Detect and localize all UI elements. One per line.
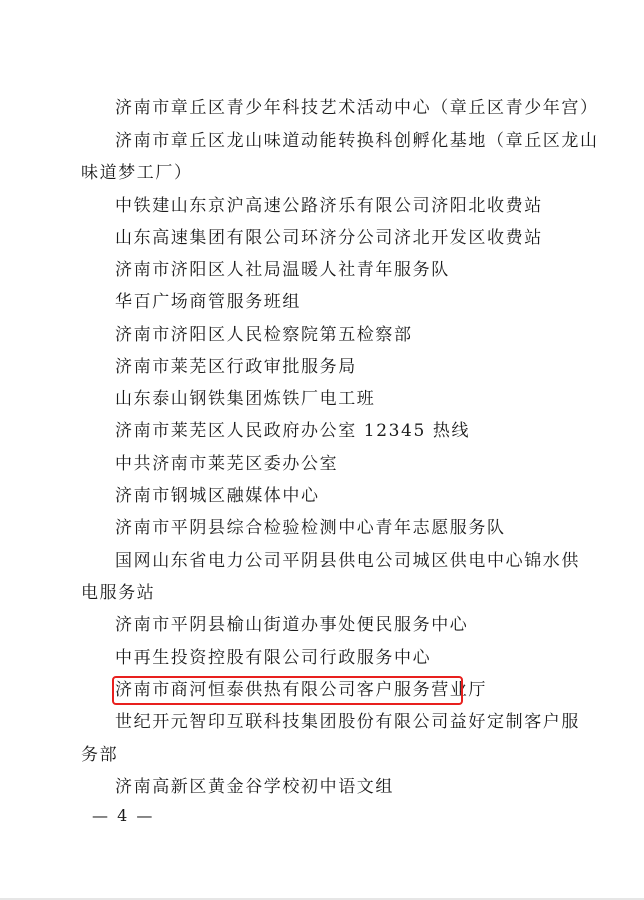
- entry-line: 济南市章丘区龙山味道动能转换科创孵化基地（章丘区龙山: [115, 131, 599, 151]
- entry-line-continuation: 务部: [81, 745, 118, 765]
- entry-line: 济南市济阳区人社局温暖人社青年服务队: [115, 260, 450, 280]
- entry-line: 济南市莱芜区人民政府办公室 12345 热线: [115, 421, 470, 441]
- entry-line-continuation: 味道梦工厂）: [81, 163, 193, 183]
- entry-line: 济南市济阳区人民检察院第五检察部: [115, 325, 413, 345]
- entry-line: 山东高速集团有限公司环济分公司济北开发区收费站: [115, 228, 543, 248]
- entry-line-continuation: 电服务站: [81, 583, 155, 603]
- entry-line: 济南市钢城区融媒体中心: [115, 486, 320, 506]
- entry-line: 山东泰山钢铁集团炼铁厂电工班: [115, 389, 375, 409]
- entry-line: 济南市章丘区青少年科技艺术活动中心（章丘区青少年宫）: [115, 98, 599, 118]
- document-page: 济南市章丘区青少年科技艺术活动中心（章丘区青少年宫） 济南市章丘区龙山味道动能转…: [0, 0, 644, 898]
- entry-line: 世纪开元智印互联科技集团股份有限公司益好定制客户服: [115, 712, 580, 732]
- entry-line: 中共济南市莱芜区委办公室: [115, 454, 338, 474]
- entry-line: 国网山东省电力公司平阴县供电公司城区供电中心锦水供: [115, 551, 580, 571]
- entry-line: 济南市莱芜区行政审批服务局: [115, 357, 357, 377]
- entry-line: 济南市平阴县综合检验检测中心青年志愿服务队: [115, 518, 506, 538]
- entry-line: 济南市平阴县榆山街道办事处便民服务中心: [115, 615, 468, 635]
- page-number: — 4 —: [92, 806, 154, 826]
- entry-line: 中铁建山东京沪高速公路济乐有限公司济阳北收费站: [115, 196, 543, 216]
- highlight-box: [112, 676, 463, 705]
- entry-line: 济南高新区黄金谷学校初中语文组: [115, 777, 394, 797]
- entry-line: 华百广场商管服务班组: [115, 292, 301, 312]
- entry-line: 中再生投资控股有限公司行政服务中心: [115, 648, 431, 668]
